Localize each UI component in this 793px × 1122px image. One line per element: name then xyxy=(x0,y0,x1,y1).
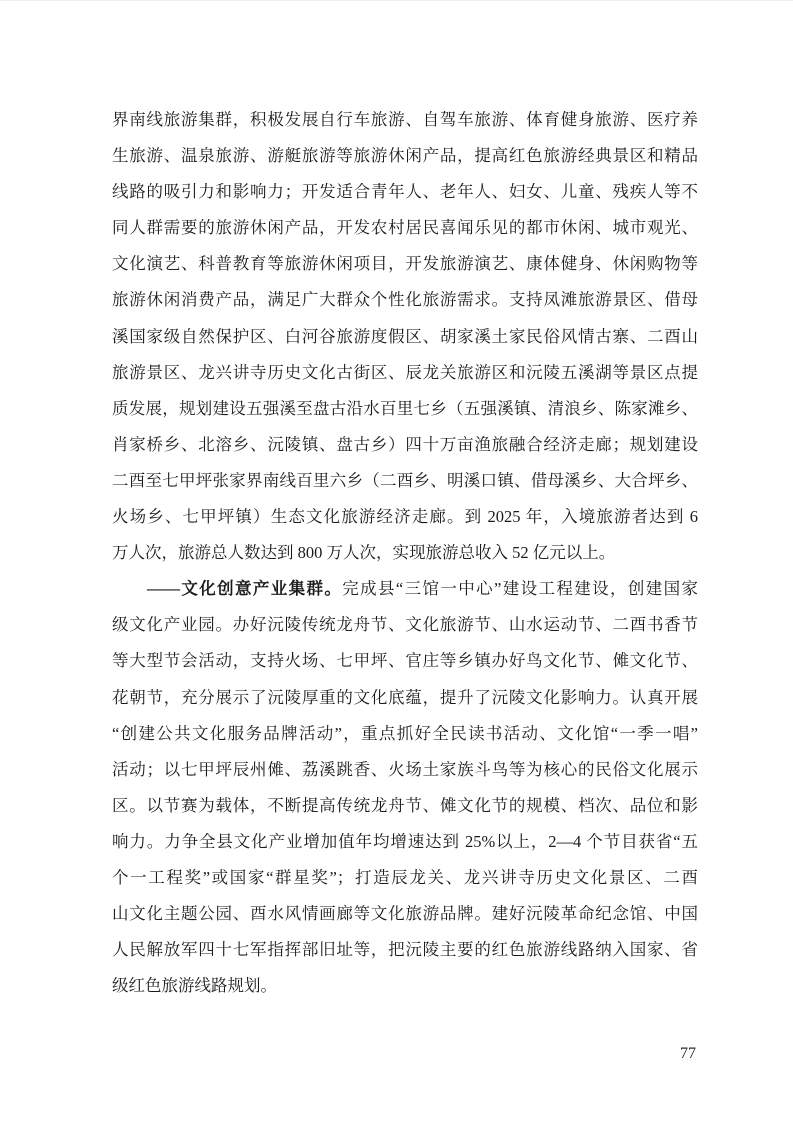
paragraph-lead-rest: 完成县“三馆一中心”建设工程建设，创建国家 xyxy=(342,579,698,598)
body-text: 界南线旅游集群，积极发展自行车旅游、自驾车旅游、体育健身旅游、医疗养 生旅游、温… xyxy=(112,102,698,1004)
text-line: 山文化主题公园、酉水风情画廊等文化旅游品牌。建好沅陵革命纪念馆、中国 xyxy=(112,896,698,932)
text-line: 火场乡、七甲坪镇）生态文化旅游经济走廊。到 2025 年，入境旅游者达到 6 xyxy=(112,499,698,535)
text-line: 响力。力争全县文化产业增加值年均增速达到 25%以上，2—4 个节目获省“五 xyxy=(112,824,698,860)
document-page: 界南线旅游集群，积极发展自行车旅游、自驾车旅游、体育健身旅游、医疗养 生旅游、温… xyxy=(0,0,793,1122)
text-line: 个一工程奖”或国家“群星奖”；打造辰龙关、龙兴讲寺历史文化景区、二酉 xyxy=(112,860,698,896)
text-line: 万人次，旅游总人数达到 800 万人次，实现旅游总收入 52 亿元以上。 xyxy=(112,535,698,571)
text-line: 活动；以七甲坪辰州傩、荔溪跳香、火场土家族斗鸟等为核心的民俗文化展示 xyxy=(112,752,698,788)
text-line: 等大型节会活动，支持火场、七甲坪、官庄等乡镇办好鸟文化节、傩文化节、 xyxy=(112,643,698,679)
text-line: 生旅游、温泉旅游、游艇旅游等旅游休闲产品，提高红色旅游经典景区和精品 xyxy=(112,138,698,174)
text-line: 级文化产业园。办好沅陵传统龙舟节、文化旅游节、山水运动节、二酉书香节 xyxy=(112,607,698,643)
paragraph-tourism-cluster: 界南线旅游集群，积极发展自行车旅游、自驾车旅游、体育健身旅游、医疗养 生旅游、温… xyxy=(112,102,698,571)
text-line: 旅游景区、龙兴讲寺历史文化古街区、辰龙关旅游区和沅陵五溪湖等景区点提 xyxy=(112,355,698,391)
text-line: 溪国家级自然保护区、白河谷旅游度假区、胡家溪土家民俗风情古寨、二酉山 xyxy=(112,319,698,355)
text-line: ——文化创意产业集群。完成县“三馆一中心”建设工程建设，创建国家 xyxy=(112,571,698,607)
text-line: 界南线旅游集群，积极发展自行车旅游、自驾车旅游、体育健身旅游、医疗养 xyxy=(112,102,698,138)
text-line: 花朝节，充分展示了沅陵厚重的文化底蕴，提升了沅陵文化影响力。认真开展 xyxy=(112,680,698,716)
page-number: 77 xyxy=(680,1044,696,1063)
text-line: 质发展，规划建设五强溪至盘古沿水百里七乡（五强溪镇、清浪乡、陈家滩乡、 xyxy=(112,391,698,427)
paragraph-lead-bold: ——文化创意产业集群。 xyxy=(147,579,342,598)
text-line: 人民解放军四十七军指挥部旧址等，把沅陵主要的红色旅游线路纳入国家、省 xyxy=(112,932,698,968)
text-line: 同人群需要的旅游休闲产品，开发农村居民喜闻乐见的都市休闲、城市观光、 xyxy=(112,210,698,246)
text-line: 级红色旅游线路规划。 xyxy=(112,968,698,1004)
text-line: 区。以节赛为载体，不断提高传统龙舟节、傩文化节的规模、档次、品位和影 xyxy=(112,788,698,824)
text-line: 文化演艺、科普教育等旅游休闲项目，开发旅游演艺、康体健身、休闲购物等 xyxy=(112,246,698,282)
text-line: 旅游休闲消费产品，满足广大群众个性化旅游需求。支持凤滩旅游景区、借母 xyxy=(112,282,698,318)
text-line: 肖家桥乡、北溶乡、沅陵镇、盘古乡）四十万亩渔旅融合经济走廊；规划建设 xyxy=(112,427,698,463)
text-line: “创建公共文化服务品牌活动”，重点抓好全民读书活动、文化馆“一季一唱” xyxy=(112,716,698,752)
paragraph-culture-cluster: ——文化创意产业集群。完成县“三馆一中心”建设工程建设，创建国家 级文化产业园。… xyxy=(112,571,698,1004)
text-line: 二酉至七甲坪张家界南线百里六乡（二酉乡、明溪口镇、借母溪乡、大合坪乡、 xyxy=(112,463,698,499)
text-line: 线路的吸引力和影响力；开发适合青年人、老年人、妇女、儿童、残疾人等不 xyxy=(112,174,698,210)
